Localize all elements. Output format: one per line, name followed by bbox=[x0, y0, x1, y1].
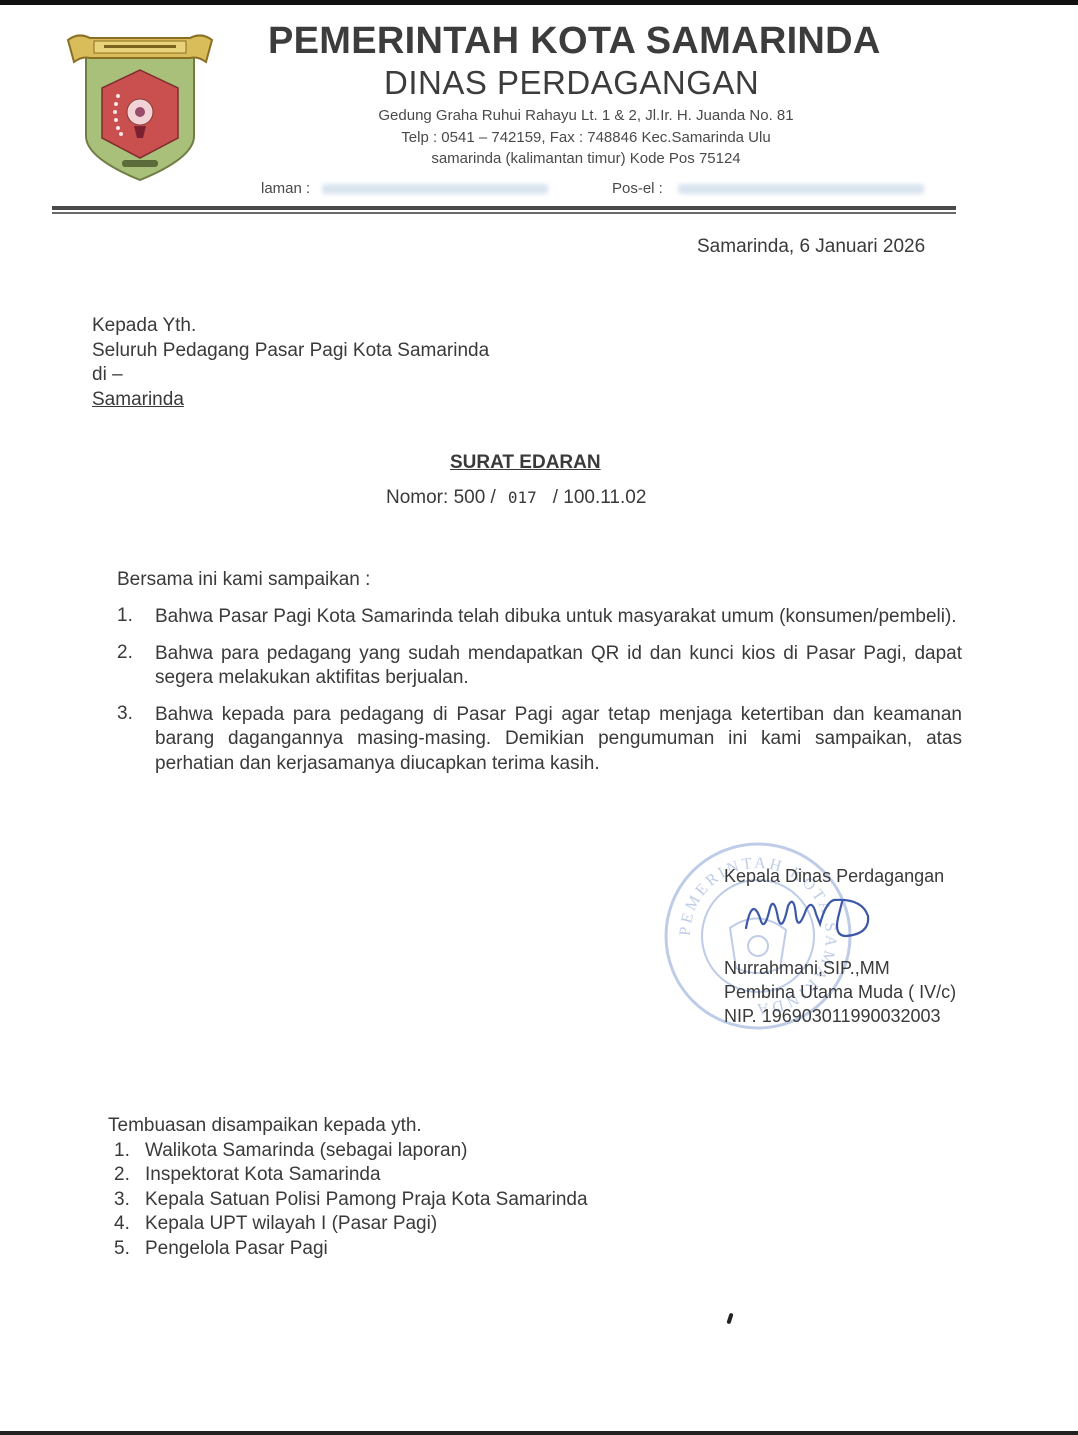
recipient-name: Seluruh Pedagang Pasar Pagi Kota Samarin… bbox=[92, 339, 489, 364]
circular-number: Nomor: 500 /017/ 100.11.02 bbox=[386, 487, 646, 509]
point-number: 1. bbox=[117, 605, 155, 630]
kota-samarinda-coat-of-arms-icon bbox=[64, 26, 216, 182]
cc-item: 3.Kepala Satuan Polisi Pamong Praja Kota… bbox=[108, 1188, 588, 1213]
email-link-blurred bbox=[678, 184, 924, 194]
recipient-salutation: Kepada Yth. bbox=[92, 314, 489, 339]
recipient-block: Kepada Yth. Seluruh Pedagang Pasar Pagi … bbox=[92, 314, 489, 412]
signatory-position: Kepala Dinas Perdagangan bbox=[724, 866, 956, 890]
circular-title: SURAT EDARAN bbox=[450, 452, 601, 474]
ink-mark bbox=[726, 1313, 733, 1325]
address-line-2: Telp : 0541 – 742159, Fax : 748846 Kec.S… bbox=[286, 129, 886, 146]
cc-item: 2.Inspektorat Kota Samarinda bbox=[108, 1163, 588, 1188]
recipient-city: Samarinda bbox=[92, 389, 184, 410]
body-point: 1. Bahwa Pasar Pagi Kota Samarinda telah… bbox=[117, 605, 962, 630]
signatory-rank: Pembina Utama Muda ( IV/c) bbox=[724, 982, 956, 1006]
signatory-name: Nurrahmani,SIP.,MM bbox=[724, 958, 956, 982]
cc-heading: Tembuasan disampaikan kepada yth. bbox=[108, 1114, 588, 1139]
cc-item: 4.Kepala UPT wilayah I (Pasar Pagi) bbox=[108, 1212, 588, 1237]
address-line-3: samarinda (kalimantan timur) Kode Pos 75… bbox=[286, 150, 886, 167]
top-border bbox=[0, 0, 1078, 5]
point-number: 2. bbox=[117, 642, 155, 691]
government-title: PEMERINTAH KOTA SAMARINDA bbox=[268, 20, 881, 63]
website-label: laman : bbox=[261, 180, 310, 197]
cc-list: 1.Walikota Samarinda (sebagai laporan) 2… bbox=[108, 1139, 588, 1262]
recipient-di: di – bbox=[92, 363, 489, 388]
email-label: Pos-el : bbox=[612, 180, 663, 197]
address-line-1: Gedung Graha Ruhui Rahayu Lt. 1 & 2, Jl.… bbox=[286, 107, 886, 124]
header-divider-thin bbox=[52, 212, 956, 214]
handwritten-signature-icon bbox=[742, 888, 882, 946]
letter-date: Samarinda, 6 Januari 2026 bbox=[697, 236, 925, 258]
circular-number-prefix: Nomor: 500 / bbox=[386, 487, 496, 508]
carbon-copy-section: Tembuasan disampaikan kepada yth. 1.Wali… bbox=[108, 1114, 588, 1261]
point-text: Bahwa para pedagang yang sudah mendapatk… bbox=[155, 642, 962, 691]
circular-number-handwritten: 017 bbox=[508, 488, 537, 507]
cc-item: 5.Pengelola Pasar Pagi bbox=[108, 1237, 588, 1262]
point-text: Bahwa kepada para pedagang di Pasar Pagi… bbox=[155, 703, 962, 777]
body-point: 3. Bahwa kepada para pedagang di Pasar P… bbox=[117, 703, 962, 777]
website-link-blurred bbox=[322, 184, 548, 194]
body-intro: Bersama ini kami sampaikan : bbox=[117, 569, 370, 591]
bottom-border bbox=[0, 1431, 1078, 1435]
signatory-nip: NIP. 196903011990032003 bbox=[724, 1006, 956, 1030]
header-divider-thick bbox=[52, 206, 956, 210]
body-point: 2. Bahwa para pedagang yang sudah mendap… bbox=[117, 642, 962, 691]
point-text: Bahwa Pasar Pagi Kota Samarinda telah di… bbox=[155, 605, 962, 630]
agency-title: DINAS PERDAGANGAN bbox=[384, 64, 759, 102]
point-number: 3. bbox=[117, 703, 155, 777]
cc-item: 1.Walikota Samarinda (sebagai laporan) bbox=[108, 1139, 588, 1164]
circular-number-suffix: / 100.11.02 bbox=[553, 487, 647, 508]
body-points-list: 1. Bahwa Pasar Pagi Kota Samarinda telah… bbox=[117, 605, 962, 788]
